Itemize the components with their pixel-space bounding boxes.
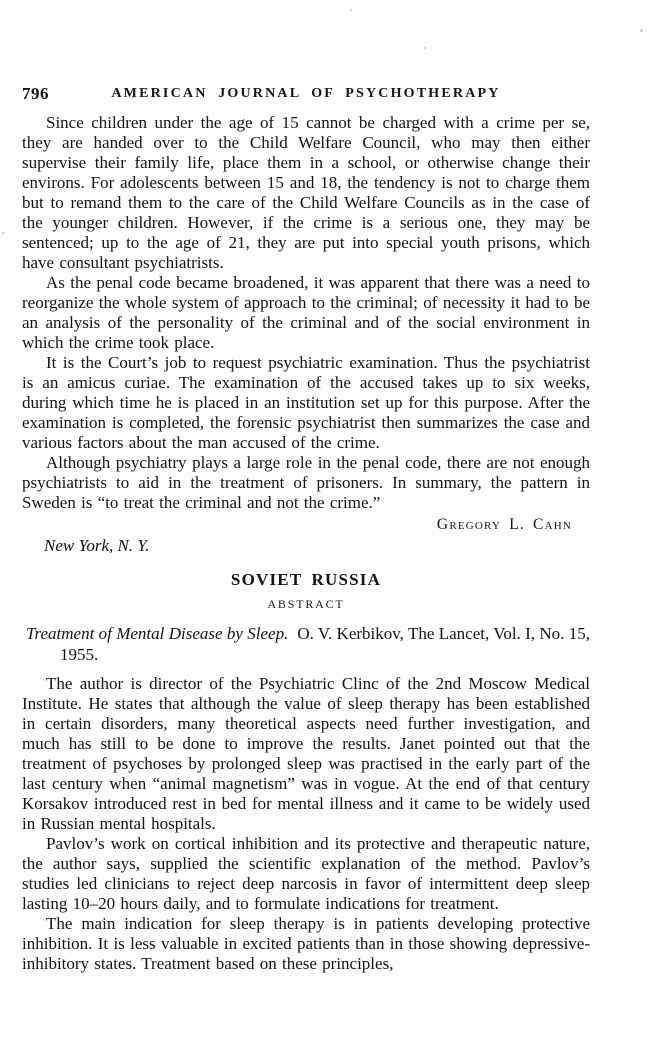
page-number: 796 [22,84,49,104]
scan-speck [640,29,643,32]
author-signature: Gregory L. Cahn [22,515,590,535]
scan-speck [2,232,5,234]
section-title-soviet-russia: SOVIET RUSSIA [22,569,590,591]
journal-page: 796 AMERICAN JOURNAL OF PSYCHOTHERAPY Si… [0,0,650,1039]
soviet-paragraph-1: The author is director of the Psychiatri… [22,674,590,834]
scan-speck [424,47,426,49]
page-header: 796 AMERICAN JOURNAL OF PSYCHOTHERAPY [22,84,590,104]
sweden-paragraph-4: Although psychiatry plays a large role i… [22,453,590,513]
text-column: Since children under the age of 15 canno… [22,113,590,974]
author-location: New York, N. Y. [22,535,590,557]
scan-speck [350,9,352,11]
reference-citation: Treatment of Mental Disease by Sleep.O. … [22,623,590,665]
section-subtitle-abstract: ABSTRACT [22,597,590,611]
reference-title: Treatment of Mental Disease by Sleep. [26,624,288,643]
sweden-paragraph-1: Since children under the age of 15 canno… [22,113,590,273]
sweden-paragraph-3: It is the Court’s job to request psychia… [22,353,590,453]
soviet-paragraph-3: The main indication for sleep therapy is… [22,914,590,974]
soviet-paragraph-2: Pavlov’s work on cortical inhibition and… [22,834,590,914]
sweden-paragraph-2: As the penal code became broadened, it w… [22,273,590,353]
journal-title: AMERICAN JOURNAL OF PSYCHOTHERAPY [22,84,590,102]
